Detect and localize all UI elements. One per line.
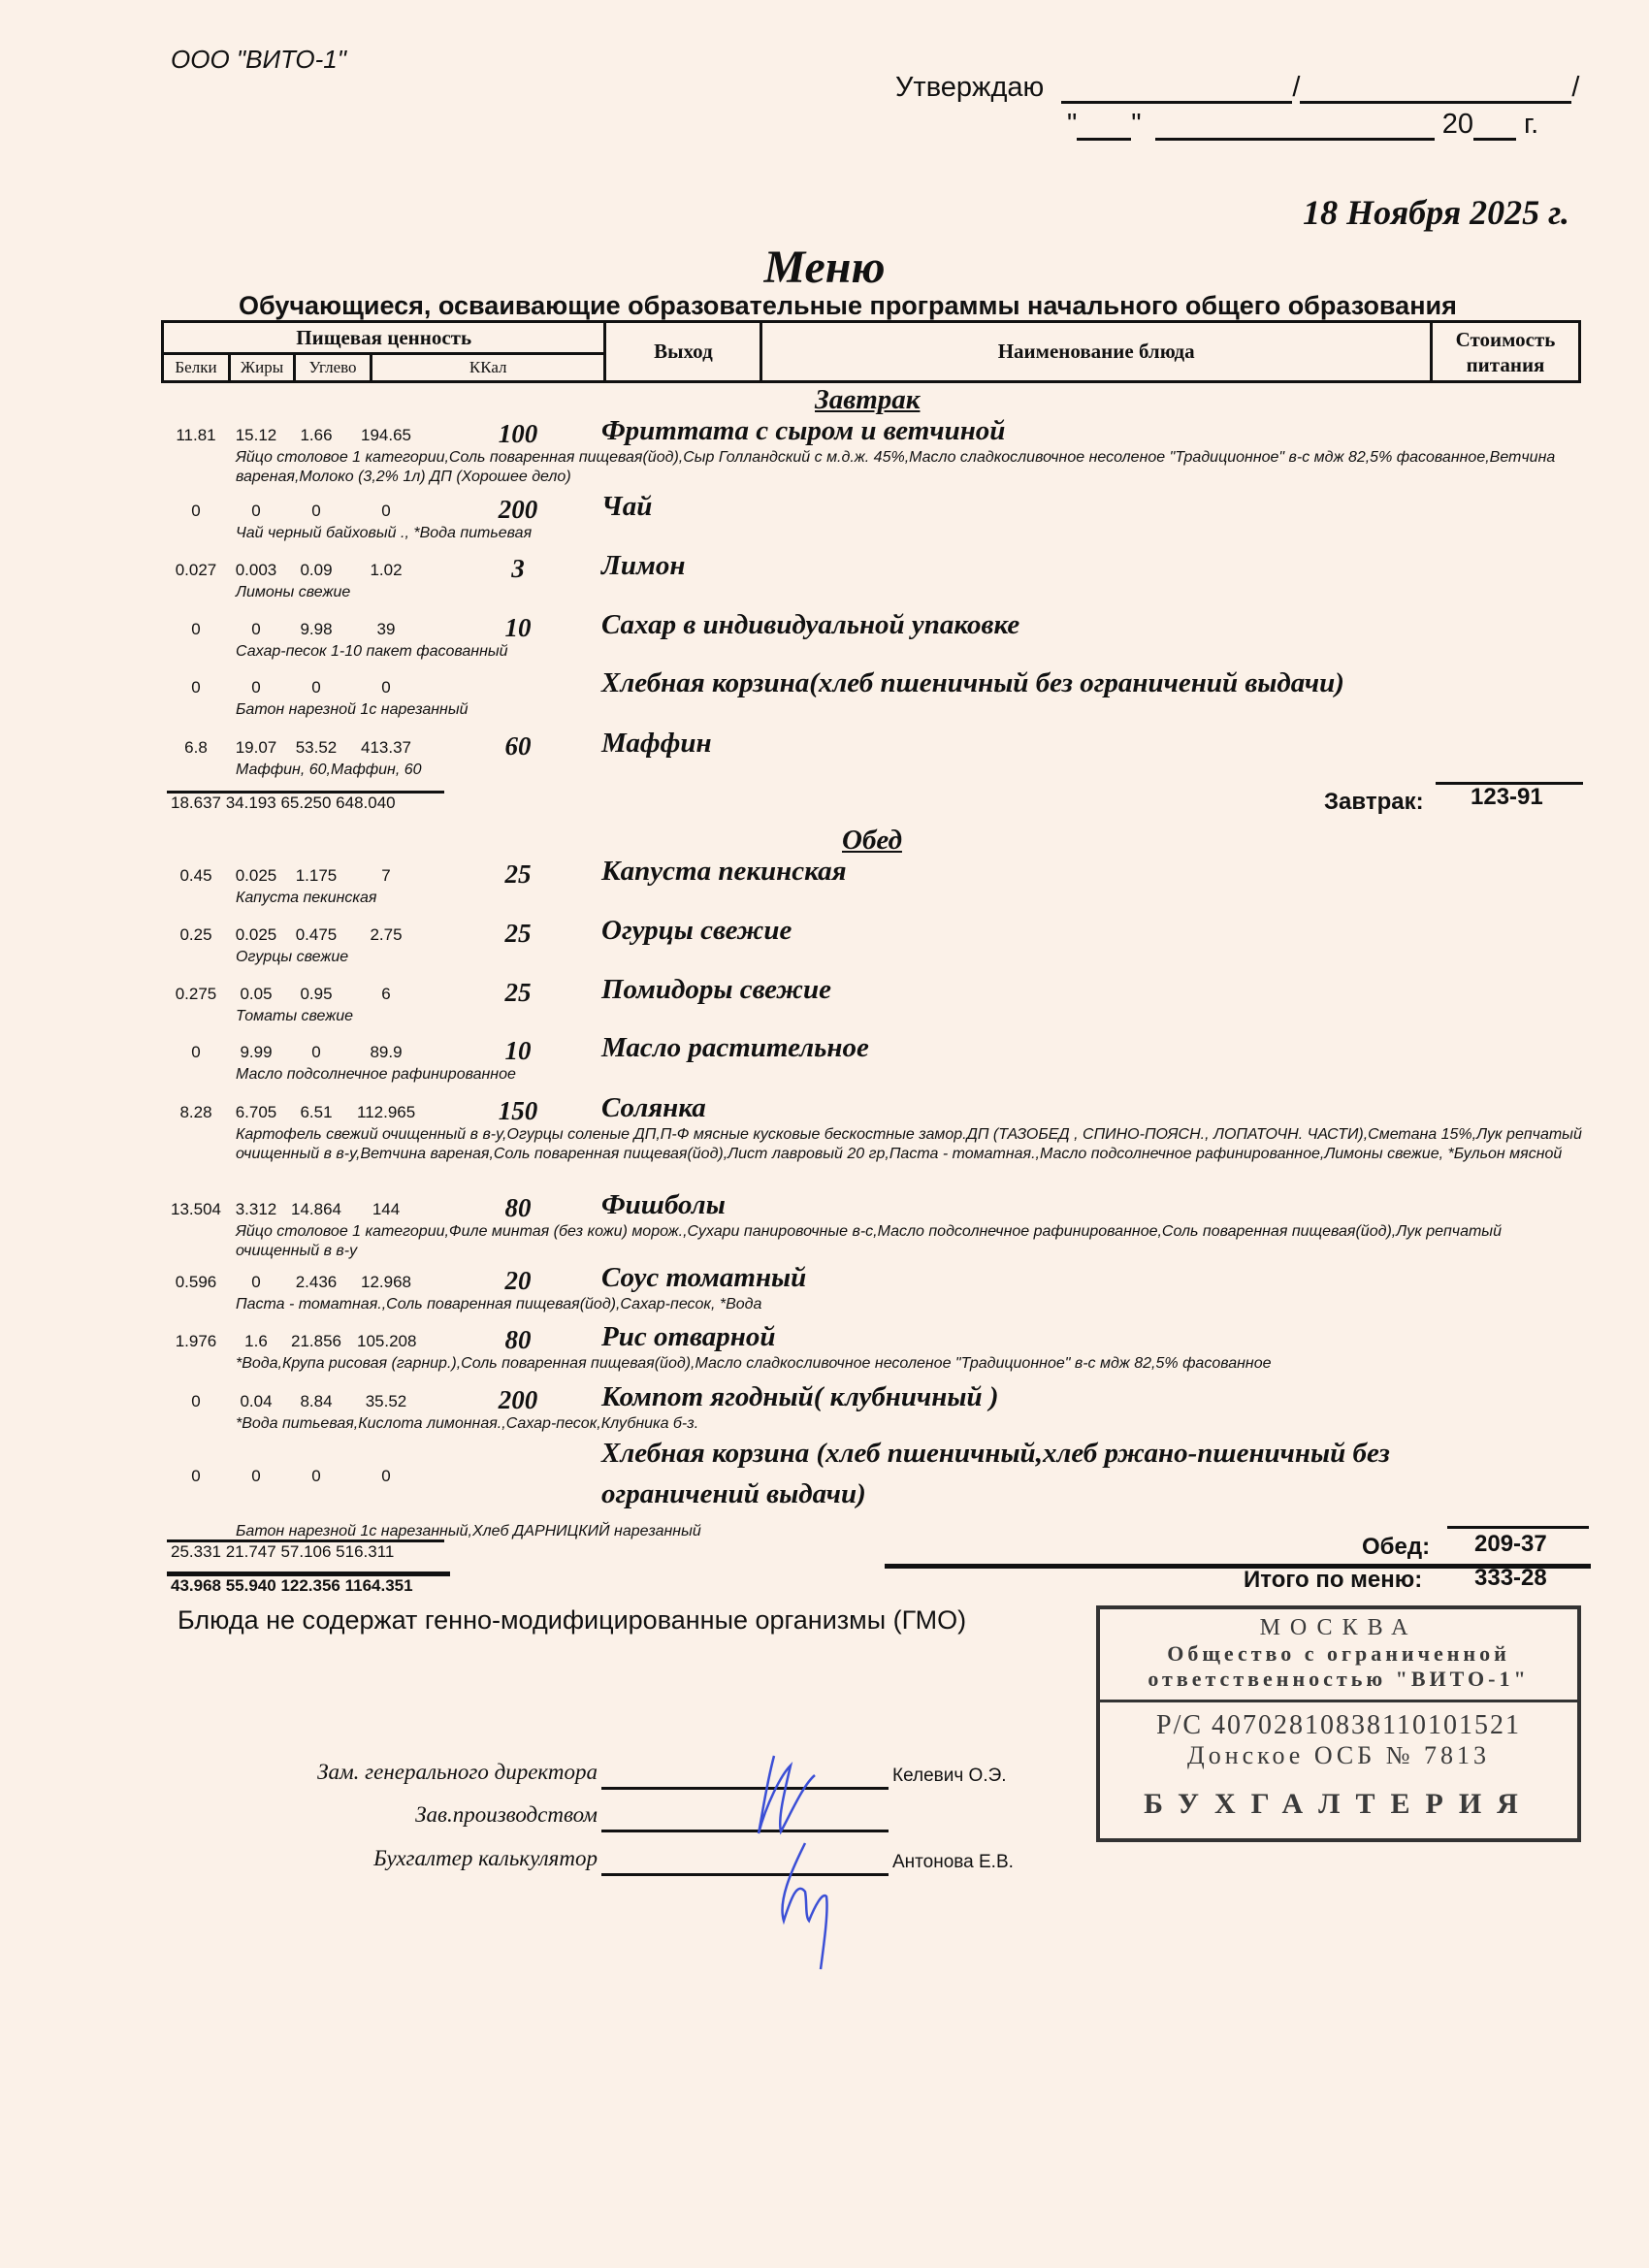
nutrition-fat: 0.05 bbox=[227, 985, 285, 1004]
dish-yield: 25 bbox=[479, 978, 557, 1008]
nutrition-protein: 13.504 bbox=[167, 1200, 225, 1219]
nutrition-fat: 0.003 bbox=[227, 561, 285, 580]
dish-yield: 80 bbox=[479, 1325, 557, 1355]
dish-yield: 80 bbox=[479, 1193, 557, 1223]
nutrition-carbs: 0.475 bbox=[287, 925, 345, 945]
dish-name: Лимон bbox=[601, 550, 686, 582]
nutrition-kcal: 194.65 bbox=[357, 426, 415, 445]
nutrition-protein: 0 bbox=[167, 620, 225, 639]
nutrition-protein: 0.027 bbox=[167, 561, 225, 580]
dish-name: Солянка bbox=[601, 1092, 706, 1124]
nutrition-carbs: 1.66 bbox=[287, 426, 345, 445]
dish-name: Сахар в индивидуальной упаковке bbox=[601, 609, 1019, 641]
dish-name: Компот ягодный( клубничный ) bbox=[601, 1381, 999, 1413]
breakfast-nutrition-totals: 18.637 34.193 65.250 648.040 bbox=[171, 794, 396, 813]
dish-yield: 10 bbox=[479, 1036, 557, 1066]
nutrition-fat: 0 bbox=[227, 502, 285, 521]
year-suffix: г. bbox=[1524, 109, 1538, 140]
lunch-cost-rule bbox=[1447, 1526, 1589, 1529]
grand-total-label: Итого по меню: bbox=[1244, 1567, 1422, 1594]
stamp-bank: Донское ОСБ № 7813 bbox=[1100, 1741, 1577, 1770]
dish-name: Фишболы bbox=[601, 1189, 726, 1221]
dish-name: Маффин bbox=[601, 728, 712, 760]
nutrition-protein: 0.275 bbox=[167, 985, 225, 1004]
yield-header: Выход bbox=[605, 322, 761, 382]
breakfast-cost-value: 123-91 bbox=[1471, 784, 1543, 811]
nutrition-fat: 0 bbox=[227, 1273, 285, 1292]
stamp-department: БУХГАЛТЕРИЯ bbox=[1100, 1788, 1577, 1821]
kcal-header: ККал bbox=[372, 354, 605, 382]
dish-composition: Сахар-песок 1-10 пакет фасованный bbox=[236, 642, 1584, 662]
nutrition-protein: 0 bbox=[167, 1467, 225, 1486]
nutrition-carbs: 0.09 bbox=[287, 561, 345, 580]
dish-composition: Картофель свежий очищенный в в-у,Огурцы … bbox=[236, 1125, 1584, 1164]
nutrition-fat: 19.07 bbox=[227, 738, 285, 758]
stamp-line-1: Общество с ограниченной bbox=[1100, 1641, 1577, 1667]
dish-composition: Паста - томатная.,Соль поваренная пищева… bbox=[236, 1295, 1584, 1314]
dish-yield: 150 bbox=[479, 1096, 557, 1126]
approver-signature-field bbox=[1061, 76, 1292, 104]
cost-header: Стоимостьпитания bbox=[1432, 322, 1580, 382]
dish-yield: 20 bbox=[479, 1266, 557, 1296]
dish-name: Соус томатный bbox=[601, 1262, 806, 1294]
nutrition-kcal: 6 bbox=[357, 985, 415, 1004]
dish-yield: 3 bbox=[479, 554, 557, 584]
nutrition-fat: 0 bbox=[227, 678, 285, 697]
nutrition-carbs: 0 bbox=[287, 1467, 345, 1486]
nutrition-kcal: 89.9 bbox=[357, 1043, 415, 1062]
dish-name: Хлебная корзина (хлеб пшеничный,хлеб ржа… bbox=[601, 1433, 1416, 1514]
nutrition-fat: 1.6 bbox=[227, 1332, 285, 1351]
signature-name: Келевич О.Э. bbox=[892, 1766, 1007, 1787]
nutrition-fat: 0 bbox=[227, 1467, 285, 1486]
nutrition-kcal: 2.75 bbox=[357, 925, 415, 945]
dish-composition: *Вода,Крупа рисовая (гарнир.),Соль повар… bbox=[236, 1354, 1584, 1374]
nutrition-fat: 9.99 bbox=[227, 1043, 285, 1062]
approval-date-line: "" 20 г. bbox=[1067, 109, 1538, 141]
menu-table-header: Пищевая ценность Выход Наименование блюд… bbox=[161, 320, 1581, 383]
nutrition-fat: 0.04 bbox=[227, 1392, 285, 1411]
dish-composition: Батон нарезной 1с нарезанный bbox=[236, 700, 1584, 720]
dish-composition: Маффин, 60,Маффин, 60 bbox=[236, 761, 1584, 780]
grand-nutrition-totals: 43.968 55.940 122.356 1164.351 bbox=[171, 1576, 413, 1596]
dish-composition: Яйцо столовое 1 категории,Соль поваренна… bbox=[236, 448, 1584, 487]
approver-name-field bbox=[1300, 76, 1571, 104]
nutrition-protein: 0 bbox=[167, 1043, 225, 1062]
nutrition-protein: 0 bbox=[167, 502, 225, 521]
protein-header: Белки bbox=[163, 354, 230, 382]
signature-name: Антонова Е.В. bbox=[892, 1852, 1014, 1873]
dish-yield: 25 bbox=[479, 859, 557, 890]
lunch-nutrition-totals: 25.331 21.747 57.106 516.311 bbox=[171, 1542, 394, 1562]
nutrition-protein: 1.976 bbox=[167, 1332, 225, 1351]
dish-composition: Чай черный байховый ., *Вода питьевая bbox=[236, 524, 1584, 543]
nutrition-carbs: 14.864 bbox=[287, 1200, 345, 1219]
nutrition-fat: 0.025 bbox=[227, 925, 285, 945]
nutrition-fat: 3.312 bbox=[227, 1200, 285, 1219]
year-prefix: 20 bbox=[1442, 109, 1473, 140]
nutrition-fat: 15.12 bbox=[227, 426, 285, 445]
nutrition-carbs: 9.98 bbox=[287, 620, 345, 639]
nutrition-kcal: 1.02 bbox=[357, 561, 415, 580]
section-lunch-title: Обед bbox=[842, 825, 902, 857]
nutrition-kcal: 413.37 bbox=[357, 738, 415, 758]
signature-role: Бухгалтер калькулятор bbox=[268, 1846, 598, 1871]
nutrition-carbs: 8.84 bbox=[287, 1392, 345, 1411]
dish-composition: *Вода питьевая,Кислота лимонная.,Сахар-п… bbox=[236, 1414, 1584, 1434]
fat-header: Жиры bbox=[230, 354, 295, 382]
dish-name: Помидоры свежие bbox=[601, 974, 831, 1006]
page-title: Меню bbox=[0, 241, 1649, 294]
nutrition-kcal: 0 bbox=[357, 1467, 415, 1486]
gmo-note: Блюда не содержат генно-модифицированные… bbox=[178, 1605, 966, 1636]
nutrition-carbs: 0 bbox=[287, 1043, 345, 1062]
organization-name: ООО "ВИТО-1" bbox=[171, 45, 346, 75]
dish-yield: 10 bbox=[479, 613, 557, 643]
nutrition-header: Пищевая ценность bbox=[163, 322, 605, 354]
nutrition-fat: 6.705 bbox=[227, 1103, 285, 1122]
dish-composition: Капуста пекинская bbox=[236, 889, 1584, 908]
dish-yield: 200 bbox=[479, 495, 557, 525]
nutrition-carbs: 0 bbox=[287, 502, 345, 521]
breakfast-cost-label: Завтрак: bbox=[1324, 789, 1424, 816]
nutrition-kcal: 105.208 bbox=[357, 1332, 415, 1351]
carbs-header: Углево bbox=[295, 354, 372, 382]
dish-yield: 60 bbox=[479, 731, 557, 761]
dish-name: Рис отварной bbox=[601, 1321, 776, 1353]
nutrition-carbs: 53.52 bbox=[287, 738, 345, 758]
nutrition-carbs: 0.95 bbox=[287, 985, 345, 1004]
nutrition-protein: 0.596 bbox=[167, 1273, 225, 1292]
nutrition-fat: 0 bbox=[227, 620, 285, 639]
nutrition-kcal: 7 bbox=[357, 866, 415, 886]
signature-role: Зам. генерального директора bbox=[268, 1760, 598, 1785]
stamp-line-2: ответственностью "ВИТО-1" bbox=[1100, 1667, 1577, 1692]
nutrition-kcal: 144 bbox=[357, 1200, 415, 1219]
nutrition-fat: 0.025 bbox=[227, 866, 285, 886]
dish-name: Капуста пекинская bbox=[601, 856, 847, 888]
dish-yield: 100 bbox=[479, 419, 557, 449]
dish-composition: Огурцы свежие bbox=[236, 948, 1584, 967]
handwritten-signature-icon bbox=[737, 1727, 854, 1979]
section-breakfast-title: Завтрак bbox=[815, 384, 920, 416]
stamp-account: Р/С 40702810838110101521 bbox=[1100, 1710, 1577, 1741]
nutrition-carbs: 21.856 bbox=[287, 1332, 345, 1351]
dish-yield: 25 bbox=[479, 919, 557, 949]
nutrition-protein: 0 bbox=[167, 1392, 225, 1411]
page-subtitle: Обучающиеся, осваивающие образовательные… bbox=[239, 291, 1457, 321]
approve-label: Утверждаю bbox=[895, 72, 1044, 103]
dish-yield: 200 bbox=[479, 1385, 557, 1415]
dish-name: Чай bbox=[601, 491, 652, 523]
stamp-city: МОСКВА bbox=[1100, 1615, 1577, 1641]
lunch-cost-label: Обед: bbox=[1362, 1534, 1430, 1561]
dish-composition: Томаты свежие bbox=[236, 1007, 1584, 1026]
company-stamp: МОСКВА Общество с ограниченной ответстве… bbox=[1096, 1605, 1581, 1842]
nutrition-kcal: 35.52 bbox=[357, 1392, 415, 1411]
dish-name-header: Наименование блюда bbox=[761, 322, 1432, 382]
nutrition-carbs: 2.436 bbox=[287, 1273, 345, 1292]
nutrition-kcal: 0 bbox=[357, 502, 415, 521]
nutrition-protein: 6.8 bbox=[167, 738, 225, 758]
dish-composition: Масло подсолнечное рафинированное bbox=[236, 1065, 1584, 1085]
dish-composition: Лимоны свежие bbox=[236, 583, 1584, 602]
dish-name: Хлебная корзина(хлеб пшеничный без огран… bbox=[601, 667, 1344, 699]
lunch-cost-value: 209-37 bbox=[1474, 1531, 1547, 1558]
nutrition-kcal: 39 bbox=[357, 620, 415, 639]
nutrition-protein: 0 bbox=[167, 678, 225, 697]
nutrition-kcal: 112.965 bbox=[357, 1103, 415, 1122]
approval-line: Утверждаю // bbox=[895, 72, 1579, 104]
nutrition-protein: 8.28 bbox=[167, 1103, 225, 1122]
nutrition-carbs: 1.175 bbox=[287, 866, 345, 886]
nutrition-protein: 0.45 bbox=[167, 866, 225, 886]
signature-role: Зав.производством bbox=[268, 1802, 598, 1828]
dish-name: Огурцы свежие bbox=[601, 915, 792, 947]
nutrition-carbs: 0 bbox=[287, 678, 345, 697]
dish-composition: Яйцо столовое 1 категории,Филе минтая (б… bbox=[236, 1222, 1584, 1261]
nutrition-kcal: 0 bbox=[357, 678, 415, 697]
dish-name: Фриттата с сыром и ветчиной bbox=[601, 415, 1005, 447]
nutrition-carbs: 6.51 bbox=[287, 1103, 345, 1122]
nutrition-protein: 11.81 bbox=[167, 426, 225, 445]
nutrition-kcal: 12.968 bbox=[357, 1273, 415, 1292]
dish-name: Масло растительное bbox=[601, 1032, 869, 1064]
document-date: 18 Ноября 2025 г. bbox=[1303, 192, 1569, 233]
nutrition-protein: 0.25 bbox=[167, 925, 225, 945]
grand-total-value: 333-28 bbox=[1474, 1565, 1547, 1592]
